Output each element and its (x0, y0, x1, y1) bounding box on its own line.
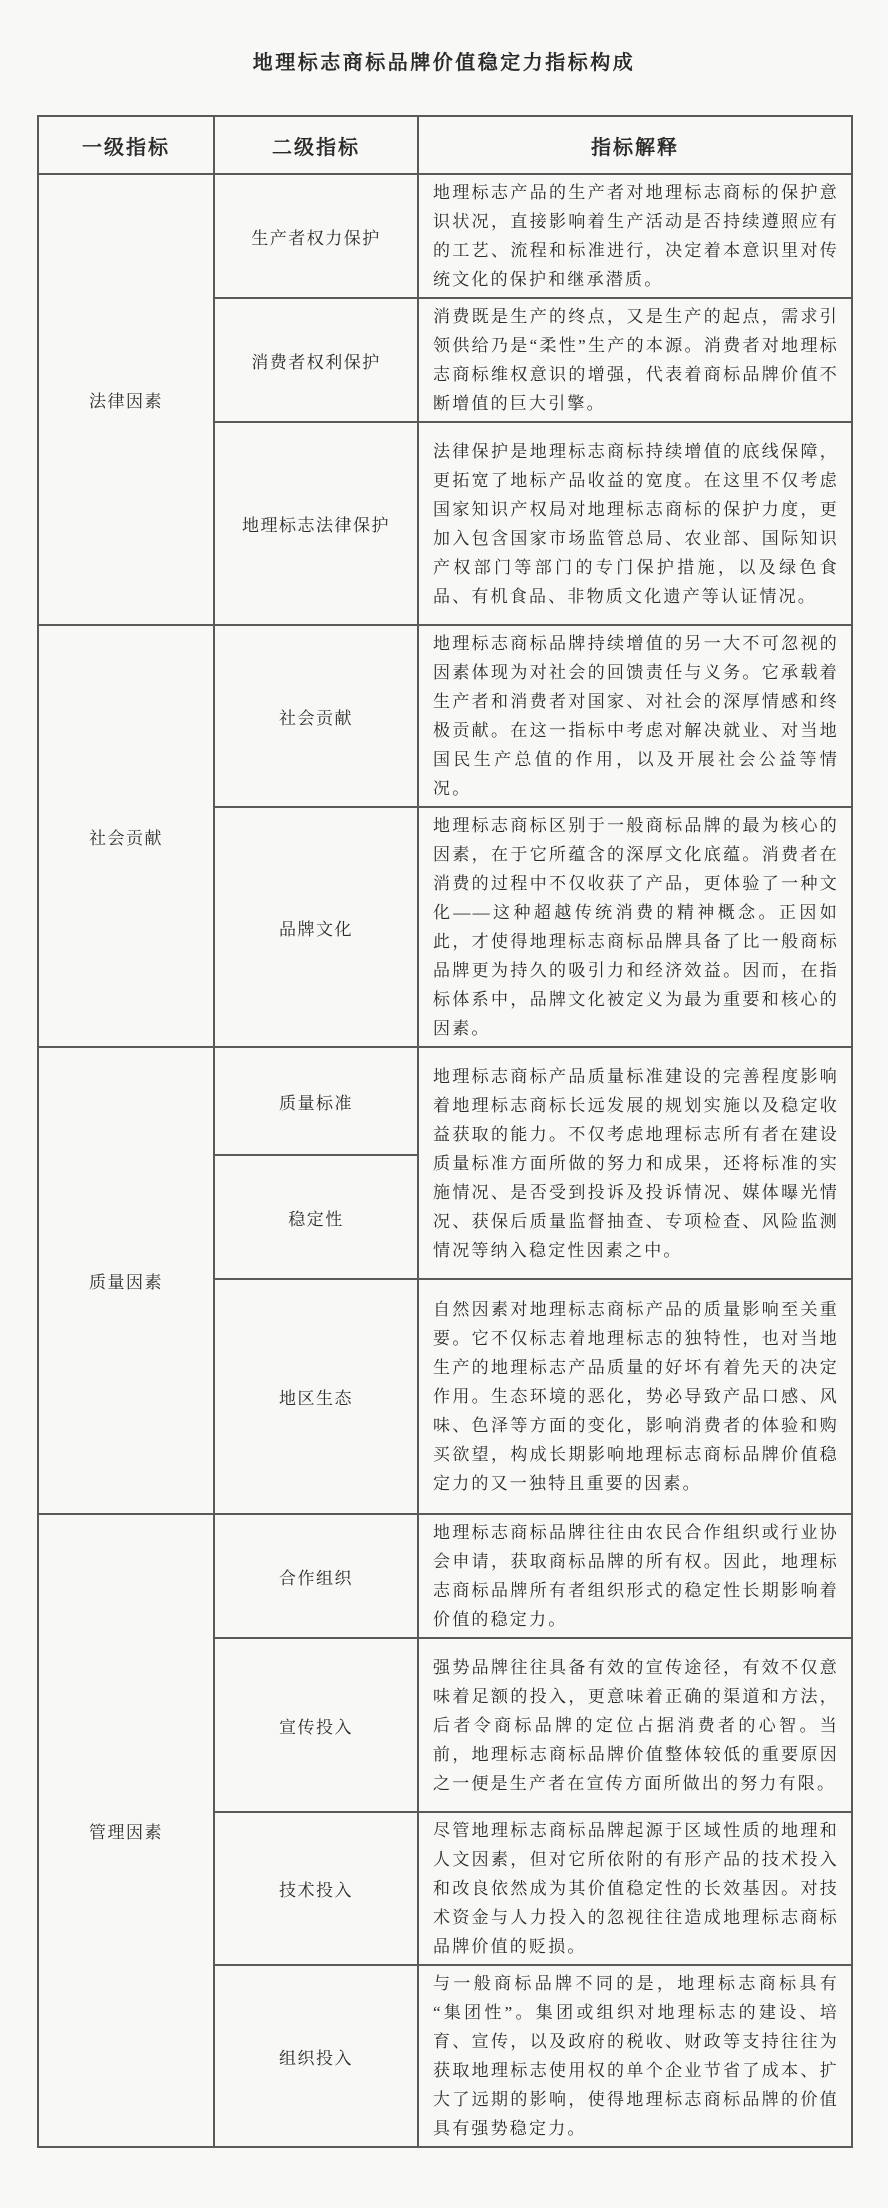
level1-cell-social-contribution: 社会贡献 (38, 625, 214, 1047)
column-header-explanation: 指标解释 (418, 116, 852, 174)
explanation-cell-gi-legal-protection: 法律保护是地理标志商标持续增值的底线保障，更拓宽了地标产品收益的宽度。在这里不仅… (418, 422, 852, 625)
page-title: 地理标志商标品牌价值稳定力指标构成 (37, 0, 851, 79)
explanation-cell-regional-ecology: 自然因素对地理标志商标产品的质量影响至关重要。它不仅标志着地理标志的独特性，也对… (418, 1279, 852, 1514)
column-header-level2: 二级指标 (214, 116, 418, 174)
level2-cell-publicity-investment: 宣传投入 (214, 1638, 418, 1812)
level1-cell-management-factors: 管理因素 (38, 1514, 214, 2147)
explanation-cell-brand-culture: 地理标志商标区别于一般商标品牌的最为核心的因素，在于它所蕴含的深厚文化底蕴。消费… (418, 807, 852, 1047)
level2-cell-stability: 稳定性 (214, 1155, 418, 1279)
level2-cell-regional-ecology: 地区生态 (214, 1279, 418, 1514)
level2-cell-social-contribution: 社会贡献 (214, 625, 418, 807)
explanation-cell-publicity-investment: 强势品牌往往具备有效的宣传途径，有效不仅意味着足额的投入，更意味着正确的渠道和方… (418, 1638, 852, 1812)
level2-cell-cooperative-organization: 合作组织 (214, 1514, 418, 1638)
indicator-table: 一级指标 二级指标 指标解释 法律因素 生产者权力保护 地理标志产品的生产者对地… (37, 115, 853, 2148)
level2-cell-technology-investment: 技术投入 (214, 1812, 418, 1965)
explanation-cell-social-contribution: 地理标志商标品牌持续增值的另一大不可忽视的因素体现为对社会的回馈责任与义务。它承… (418, 625, 852, 807)
table-row: 质量因素 质量标准 地理标志商标产品质量标准建设的完善程度影响着地理标志商标长远… (38, 1047, 852, 1155)
level2-cell-consumer-rights-protection: 消费者权利保护 (214, 298, 418, 422)
level2-cell-producer-rights-protection: 生产者权力保护 (214, 174, 418, 298)
explanation-cell-consumer-rights-protection: 消费既是生产的终点，又是生产的起点，需求引领供给乃是“柔性”生产的本源。消费者对… (418, 298, 852, 422)
explanation-cell-quality-standard-and-stability: 地理标志商标产品质量标准建设的完善程度影响着地理标志商标长远发展的规划实施以及稳… (418, 1047, 852, 1279)
level2-cell-quality-standard: 质量标准 (214, 1047, 418, 1155)
header-row: 一级指标 二级指标 指标解释 (38, 116, 852, 174)
level2-cell-brand-culture: 品牌文化 (214, 807, 418, 1047)
level2-cell-gi-legal-protection: 地理标志法律保护 (214, 422, 418, 625)
column-header-level1: 一级指标 (38, 116, 214, 174)
table-row: 管理因素 合作组织 地理标志商标品牌往往由农民合作组织或行业协会申请，获取商标品… (38, 1514, 852, 1638)
level1-cell-legal-factors: 法律因素 (38, 174, 214, 625)
explanation-cell-producer-rights-protection: 地理标志产品的生产者对地理标志商标的保护意识状况，直接影响着生产活动是否持续遵照… (418, 174, 852, 298)
explanation-cell-technology-investment: 尽管地理标志商标品牌起源于区域性质的地理和人文因素，但对它所依附的有形产品的技术… (418, 1812, 852, 1965)
document-page: 地理标志商标品牌价值稳定力指标构成 一级指标 二级指标 指标解释 法律因素 生产… (0, 0, 888, 2148)
level2-cell-organization-investment: 组织投入 (214, 1965, 418, 2147)
table-row: 社会贡献 社会贡献 地理标志商标品牌持续增值的另一大不可忽视的因素体现为对社会的… (38, 625, 852, 807)
level1-cell-quality-factors: 质量因素 (38, 1047, 214, 1514)
table-row: 法律因素 生产者权力保护 地理标志产品的生产者对地理标志商标的保护意识状况，直接… (38, 174, 852, 298)
explanation-cell-organization-investment: 与一般商标品牌不同的是，地理标志商标具有“集团性”。集团或组织对地理标志的建设、… (418, 1965, 852, 2147)
explanation-cell-cooperative-organization: 地理标志商标品牌往往由农民合作组织或行业协会申请，获取商标品牌的所有权。因此，地… (418, 1514, 852, 1638)
